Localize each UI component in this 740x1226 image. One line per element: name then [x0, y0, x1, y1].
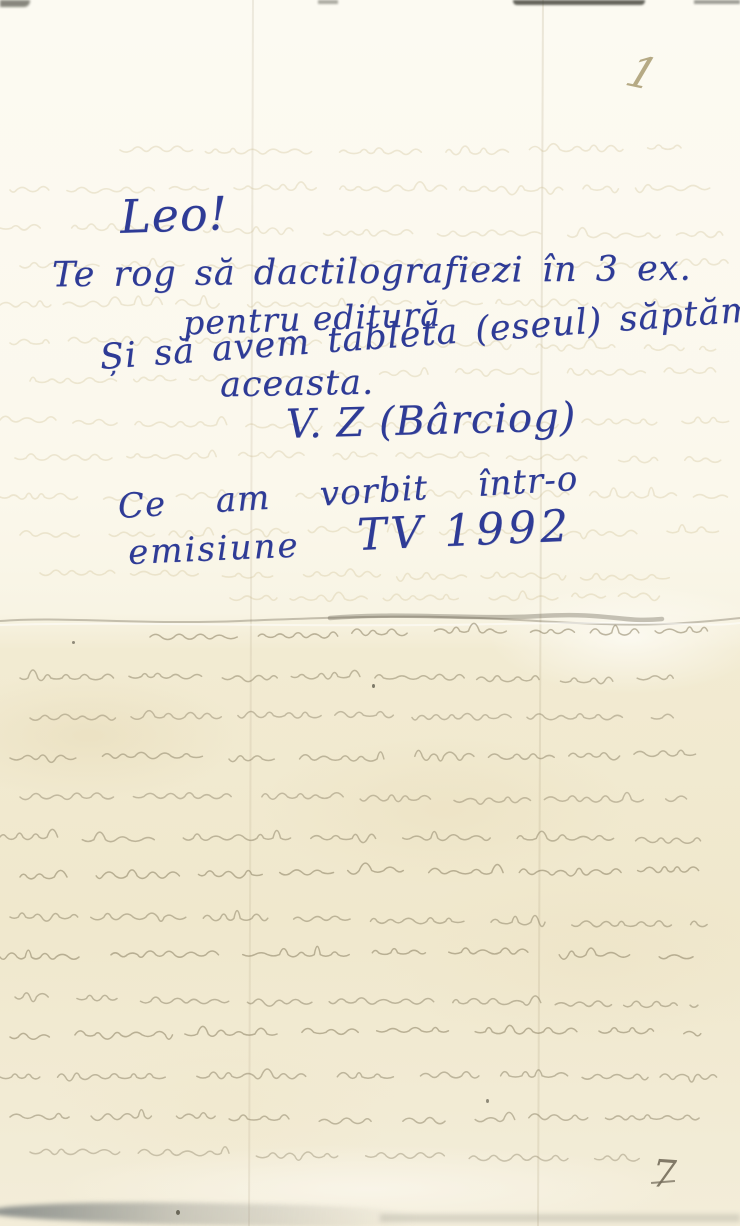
- bleedthrough-text-line: [120, 144, 681, 155]
- scanned-letter-page: 1 Leo! Te rog să dactilografiezi în 3 ex…: [0, 0, 740, 1226]
- paper-speck: [176, 1210, 180, 1215]
- bleedthrough-text-line: [10, 911, 707, 927]
- body-line-1: Te rog să dactilografiezi în 3 ex.: [52, 249, 692, 296]
- bleedthrough-text-line: [0, 946, 693, 959]
- bleedthrough-text-line: [20, 792, 686, 804]
- bleedthrough-text-line: [15, 993, 698, 1007]
- bleedthrough-text-line: [10, 1110, 699, 1124]
- scan-edge-shadow: [380, 1214, 740, 1222]
- bleedthrough-text-line: [10, 182, 710, 195]
- scan-edge-artifact: [318, 0, 338, 4]
- paper-texture-bleedthrough: [0, 0, 740, 1226]
- vertical-crease-right: [538, 0, 543, 1226]
- postscript-tv-1992: TV 1992: [356, 501, 573, 561]
- bleedthrough-text-line: [30, 711, 673, 721]
- horizontal-crease-shadow: [330, 615, 662, 620]
- bleedthrough-text-line: [20, 670, 673, 684]
- bleedthrough-text-line: [30, 1147, 639, 1161]
- paper-speck: [372, 684, 375, 688]
- bleedthrough-text-line: [15, 450, 721, 462]
- page-number-bottom: 7: [650, 1151, 677, 1197]
- paper-speck: [72, 641, 75, 644]
- bleedthrough-text-line: [20, 863, 699, 879]
- bleedthrough-text-line: [230, 591, 659, 601]
- bleedthrough-text-line: [10, 1025, 701, 1039]
- body-line-4: aceasta.: [220, 363, 375, 406]
- salutation: Leo!: [119, 186, 229, 244]
- bleedthrough-text-line: [0, 829, 701, 843]
- vertical-crease-left: [249, 0, 253, 1226]
- bleedthrough-text-line: [10, 750, 695, 762]
- bleedthrough-text-line: [0, 1069, 717, 1082]
- paper-speck: [486, 1099, 489, 1103]
- scan-edge-artifact: [694, 0, 740, 4]
- postscript-word-emisiune: emisiune: [127, 526, 300, 573]
- signature: V. Z (Bârciog): [285, 394, 576, 448]
- bleedthrough-text-line: [0, 223, 723, 238]
- scan-edge-artifact: [513, 0, 645, 5]
- scan-edge-artifact: [0, 0, 30, 7]
